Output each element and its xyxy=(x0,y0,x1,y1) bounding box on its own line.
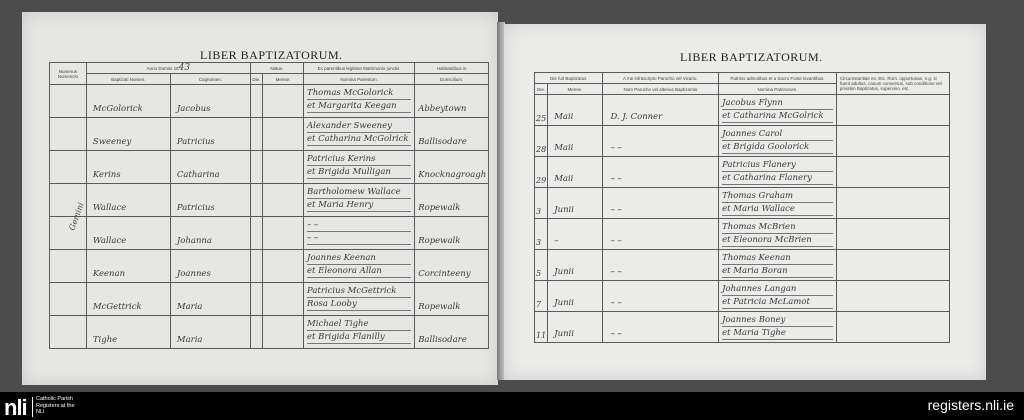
register-row: 5 Junii – – Thomas Keenanet Maria Boran xyxy=(535,250,950,281)
page-title-left: LIBER BAPTIZATORUM. xyxy=(200,48,343,63)
register-row: McGolorick Jacobus Thomas McGoloricket M… xyxy=(50,85,489,118)
register-row: Keenan Joannes Joannes Keenanet Eleonora… xyxy=(50,250,489,283)
header-notes: Circumstantiae ex. Etc. Rom. opportunae,… xyxy=(836,73,949,95)
site-url-link[interactable]: registers.nli.ie xyxy=(928,397,1014,413)
left-register-page: LIBER BAPTIZATORUM. Gemini Numerus Nomen… xyxy=(22,12,498,385)
header-parents-group: Ex parentibus legitime Matrimonio juncti… xyxy=(304,63,415,74)
register-row: Wallace Johanna – –– – Ropewalk xyxy=(50,217,489,250)
right-register-table: Die fuit Baptizatus A me infrascripto Pa… xyxy=(534,72,950,343)
left-register-table: Numerus Nomenclo Anno Domini 1843 Natus.… xyxy=(49,62,489,349)
header-birth-month: Mense. xyxy=(263,74,304,85)
register-row: Kerins Catharina Patricius Kerinset Brig… xyxy=(50,151,489,184)
header-birth-day: Die. xyxy=(250,74,262,85)
header-birth: Natus. xyxy=(250,63,303,74)
header-parents-names: Nomina Parentum. xyxy=(304,74,415,85)
register-row: Tighe Maria Michael Tigheet Brigida Flan… xyxy=(50,316,489,349)
header-register-number: Numerus Nomenclo xyxy=(50,63,87,85)
header-abode: Domicilium. xyxy=(415,74,489,85)
register-row: 28 Maii – – Joannes Carolet Brigida Gool… xyxy=(535,126,950,157)
header-day: Die. xyxy=(535,84,548,95)
year-value: 43 xyxy=(179,63,190,73)
logo-text: Catholic Parish Registers at the NLI xyxy=(36,396,80,416)
register-row: Sweeney Patricius Alexander Sweeneyet Ca… xyxy=(50,118,489,151)
header-minister-group: A me infrascripto Parocho vel Vicario. xyxy=(602,73,719,84)
nli-logo-icon[interactable]: nli xyxy=(4,395,27,420)
register-row: 29 Maii – – Patricius Flaneryet Catharin… xyxy=(535,157,950,188)
header-sponsors: Nomina Patrinorum. xyxy=(719,84,837,95)
header-baptized-name: Baptizati Nomen. xyxy=(86,74,170,85)
right-register-page: LIBER BAPTIZATORUM. Die fuit Baptizatus … xyxy=(504,24,986,380)
header-abode-group: Habitantibus in xyxy=(415,63,489,74)
header-sponsors-group: Patrinis admotibus et a Sacro Fonte leva… xyxy=(719,73,837,84)
page-title-right: LIBER BAPTIZATORUM. xyxy=(680,50,823,65)
register-row: 11 Junii – – Joannes Boneyet Maria Tighe xyxy=(535,312,950,343)
register-row: 25 Maii D. J. Conner Jacobus Flynnet Cat… xyxy=(535,95,950,126)
header-minister: Nom Parocho vel alterius Baptizantis xyxy=(602,84,719,95)
header-cognomen: Cognomen. xyxy=(170,74,250,85)
image-viewer: LIBER BAPTIZATORUM. Gemini Numerus Nomen… xyxy=(0,0,1024,392)
logo-divider xyxy=(32,397,33,417)
footer-bar: nli Catholic Parish Registers at the NLI… xyxy=(0,392,1024,420)
register-row: 3 – – – Thomas McBrienet Eleonora McBrie… xyxy=(535,219,950,250)
header-month: Mense. xyxy=(548,84,602,95)
header-year: Anno Domini 1843 xyxy=(86,63,250,74)
register-row: Wallace Patricius Bartholomew Wallaceet … xyxy=(50,184,489,217)
header-baptism-date: Die fuit Baptizatus xyxy=(535,73,603,84)
register-row: McGettrick Maria Patricius McGettrickRos… xyxy=(50,283,489,316)
register-row: 7 Junii – – Johannes Langanet Patricia M… xyxy=(535,281,950,312)
register-row: 3 Junii – – Thomas Grahamet Maria Wallac… xyxy=(535,188,950,219)
